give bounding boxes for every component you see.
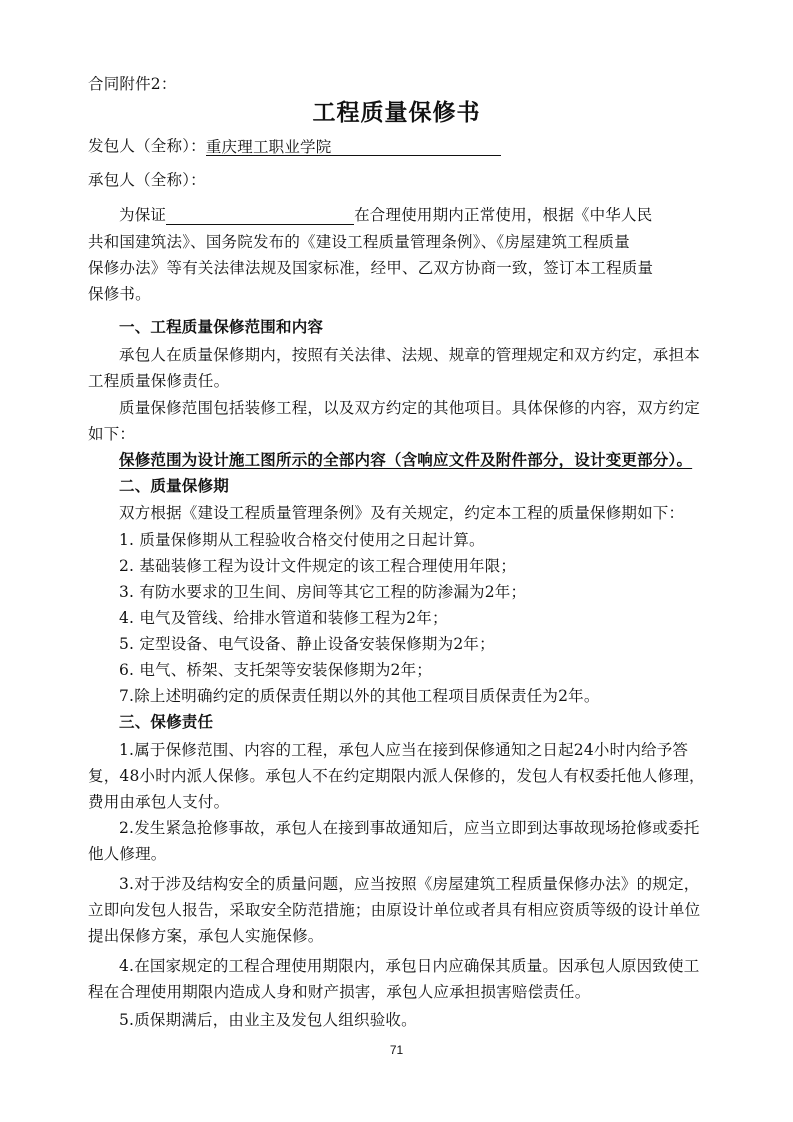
section2-item: 5. 定型设备、电气设备、静止设备安装保修期为2年； [119, 634, 495, 654]
section3-heading: 三、保修责任 [119, 712, 213, 732]
section3-item3-line: 提出保修方案，承包人实施保修。 [88, 926, 324, 946]
section3-item1-line: 费用由承包人支付。 [88, 792, 229, 812]
section1-p2-line1: 质量保修范围包括装修工程，以及双方约定的其他项目。具体保修的内容，双方约定 [119, 398, 700, 418]
section3-item1-line: 复，48小时内派人保修。承包人不在约定期限内派人保修的，发包人有权委托他人修理， [88, 766, 705, 786]
section3-item2-line: 2.发生紧急抢修事故，承包人在接到事故通知后，应当立即到达事故现场抢修或委托 [119, 818, 699, 838]
section2-intro: 双方根据《建设工程质量管理条例》及有关规定，约定本工程的质量保修期如下： [119, 503, 684, 523]
section3-item3-line: 立即向发包人报告，采取安全防范措施；由原设计单位或者具有相应资质等级的设计单位 [88, 900, 700, 920]
section2-item: 1. 质量保修期从工程验收合格交付使用之日起计算。 [119, 530, 485, 550]
employer-value: 重庆理工职业学院 [206, 138, 332, 156]
section3-item1-line: 1.属于保修范围、内容的工程，承包人应当在接到保修通知之日起24小时内给予答 [119, 740, 688, 760]
attachment-label: 合同附件2： [88, 74, 177, 94]
employer-field: 重庆理工职业学院 [206, 137, 501, 156]
section3-item4-line: 4.在国家规定的工程合理使用期限内，承包日内应确保其质量。因承包人原因致使工 [119, 956, 699, 976]
intro-line-4: 保修书。 [88, 284, 151, 304]
section2-item: 4. 电气及管线、给排水管道和装修工程为2年； [119, 608, 448, 628]
section1-p1-line1: 承包人在质量保修期内，按照有关法律、法规、规章的管理规定和双方约定，承担本 [119, 345, 700, 365]
section2-item: 6. 电气、桥架、支托架等安装保修期为2年； [119, 660, 432, 680]
intro-line-2: 共和国建筑法》、国务院发布的《建设工程质量管理条例》、《房屋建筑工程质量 [88, 232, 630, 252]
section3-item4-line: 程在合理使用期限内造成人身和财产损害，承包人应承担损害赔偿责任。 [88, 982, 590, 1002]
section1-p1-line2: 工程质量保修责任。 [88, 371, 229, 391]
intro-line-1: 为保证在合理使用期内正常使用，根据《中华人民 [119, 205, 652, 225]
section2-heading: 二、质量保修期 [119, 476, 229, 496]
section3-item3-line: 3.对于涉及结构安全的质量问题，应当按照《房屋建筑工程质量保修办法》的规定， [119, 874, 699, 894]
intro-prefix: 为保证 [119, 206, 166, 224]
intro-suffix: 在合理使用期内正常使用，根据《中华人民 [354, 206, 652, 224]
section2-item: 2. 基础装修工程为设计文件规定的该工程合理使用年限； [119, 556, 516, 576]
page-number: 71 [0, 1043, 793, 1057]
section1-heading: 一、工程质量保修范围和内容 [119, 317, 323, 337]
employer-label: 发包人（全称）： [88, 137, 206, 155]
section3-item2-line: 他人修理。 [88, 844, 167, 864]
contractor-label: 承包人（全称）： [88, 170, 206, 190]
intro-line-3: 保修办法》等有关法律法规及国家标准，经甲、乙双方协商一致，签订本工程质量 [88, 258, 653, 278]
section2-item: 7.除上述明确约定的质保责任期以外的其他工程项目质保责任为2年。 [119, 686, 600, 706]
page-title: 工程质量保修书 [0, 94, 793, 127]
employer-row: 发包人（全称）：重庆理工职业学院 [88, 136, 501, 156]
project-name-blank [166, 206, 354, 225]
section1-p2-line2: 如下： [88, 424, 135, 444]
section2-item: 3. 有防水要求的卫生间、房间等其它工程的防渗漏为2年； [119, 582, 526, 602]
section3-item5-line: 5.质保期满后，由业主及发包人组织验收。 [119, 1010, 417, 1030]
section1-scope: 保修范围为设计施工图所示的全部内容（含响应文件及附件部分，设计变更部分）。 [119, 450, 692, 470]
